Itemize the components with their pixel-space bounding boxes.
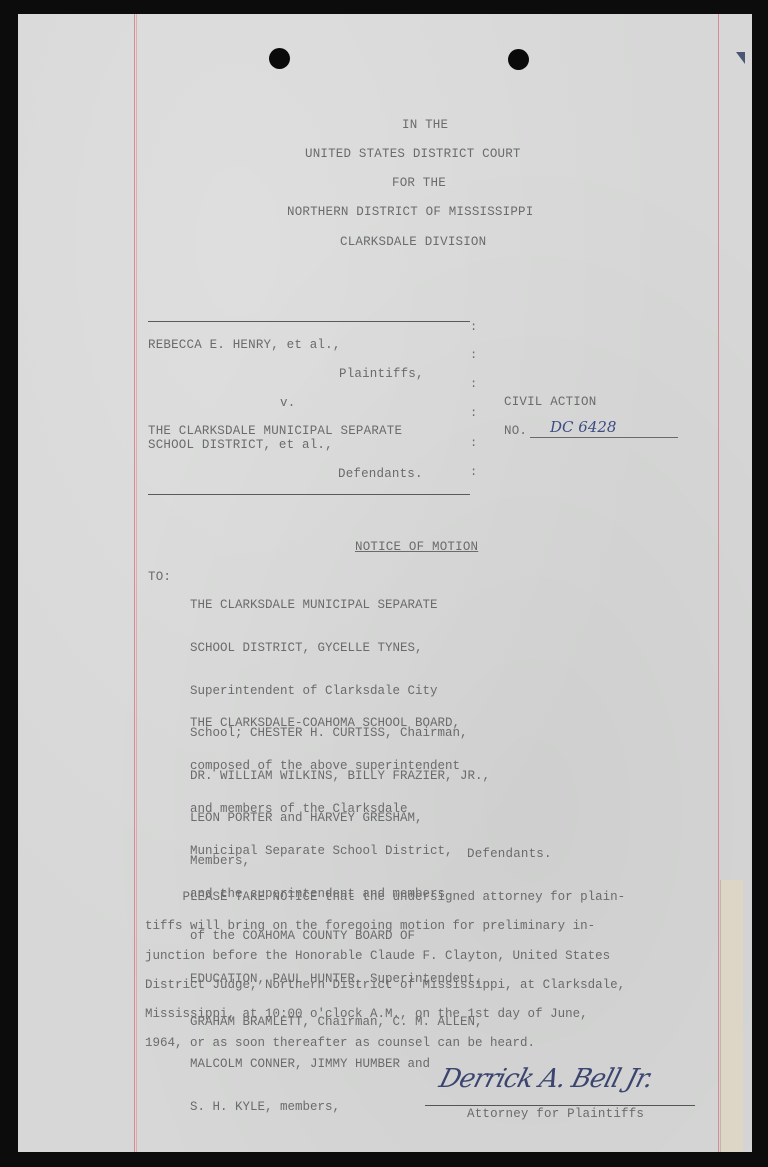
civil-action-label: CIVIL ACTION	[504, 395, 596, 409]
notice-title: NOTICE OF MOTION	[355, 540, 478, 554]
caption-bottom-rule	[148, 494, 470, 495]
left-margin-line	[134, 14, 135, 1152]
caption-top-rule	[148, 321, 470, 322]
body-line: Mississippi, at 10:00 o'clock A.M., on t…	[145, 1007, 588, 1021]
court-header-line-1: IN THE	[402, 118, 448, 132]
addressee-line: MALCOLM CONNER, JIMMY HUMBER and	[190, 1057, 483, 1071]
addressee-line: S. H. KYLE, members,	[190, 1100, 483, 1114]
corner-tab-mark	[736, 52, 745, 64]
defendants-label-notice: Defendants.	[467, 847, 552, 861]
case-number-label: NO.	[504, 424, 527, 438]
body-line: junction before the Honorable Claude F. …	[145, 949, 610, 963]
caption-colon: :	[470, 320, 477, 334]
court-header-line-5: CLARKSDALE DIVISION	[340, 235, 486, 249]
right-margin-line	[718, 14, 719, 1152]
plaintiffs-label: Plaintiffs,	[339, 367, 424, 381]
caption-colon: :	[470, 406, 477, 420]
body-line: District Judge, Northern District of Mis…	[145, 978, 625, 992]
court-header-line-4: NORTHERN DISTRICT OF MISSISSIPPI	[287, 205, 533, 219]
punch-hole-left	[269, 48, 290, 69]
court-header-line-3: FOR THE	[392, 176, 446, 190]
defendant-name-line-2: SCHOOL DISTRICT, et al.,	[148, 438, 333, 452]
versus-label: v.	[280, 396, 295, 410]
to-label: TO:	[148, 570, 171, 584]
body-line: 1964, or as soon thereafter as counsel c…	[145, 1036, 535, 1050]
defendant-name-line-1: THE CLARKSDALE MUNICIPAL SEPARATE	[148, 424, 402, 438]
court-header-line-2: UNITED STATES DISTRICT COURT	[305, 147, 521, 161]
case-number-value: DC 6428	[550, 418, 616, 436]
caption-colon: :	[470, 465, 477, 479]
body-line: PLEASE TAKE NOTICE that the undersigned …	[145, 890, 625, 904]
plaintiff-name: REBECCA E. HENRY, et al.,	[148, 338, 341, 352]
case-number-underline	[530, 437, 678, 438]
attached-paper-stub	[720, 880, 743, 1152]
addressee-block-2: THE CLARKSDALE-COAHOMA SCHOOL BOARD, com…	[190, 688, 483, 1128]
caption-colon: :	[470, 348, 477, 362]
attorney-signature: Derrick A. Bell Jr.	[436, 1064, 656, 1094]
caption-colon: :	[470, 436, 477, 450]
body-line: tiffs will bring on the foregoing motion…	[145, 919, 595, 933]
signature-line	[425, 1105, 695, 1106]
addressee-line: Municipal Separate School District,	[190, 844, 483, 858]
addressee-line: and members of the Clarksdale	[190, 802, 483, 816]
addressee-line: SCHOOL DISTRICT, GYCELLE TYNES,	[190, 641, 490, 655]
addressee-line: THE CLARKSDALE MUNICIPAL SEPARATE	[190, 598, 490, 612]
caption-colon: :	[470, 377, 477, 391]
addressee-line: THE CLARKSDALE-COAHOMA SCHOOL BOARD,	[190, 716, 483, 730]
punch-hole-right	[508, 49, 529, 70]
signature-label: Attorney for Plaintiffs	[467, 1107, 644, 1121]
addressee-line: composed of the above superintendent	[190, 759, 483, 773]
defendants-label: Defendants.	[338, 467, 423, 481]
